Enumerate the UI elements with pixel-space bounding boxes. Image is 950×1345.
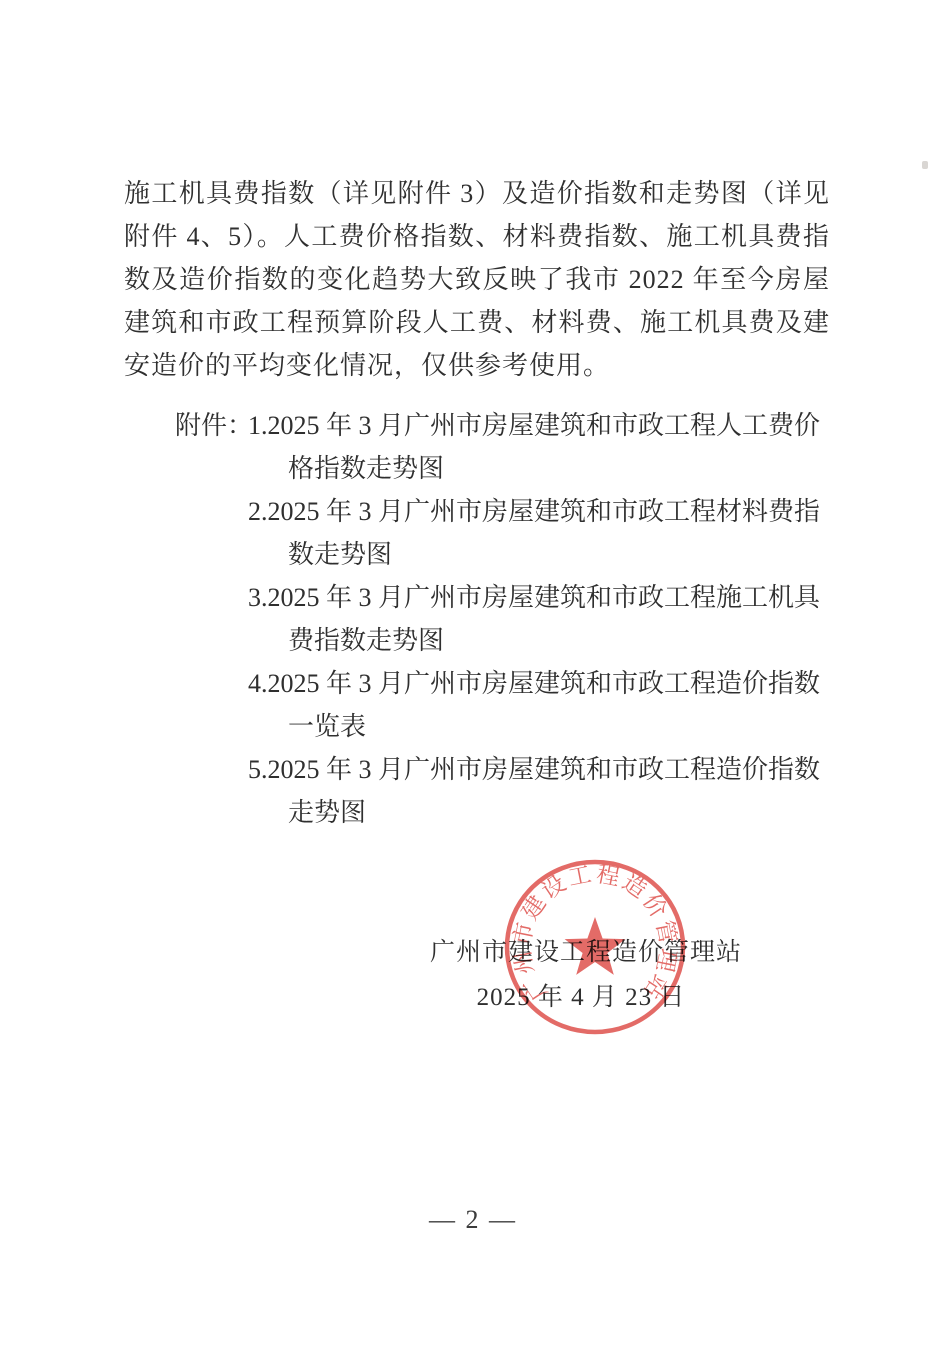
attachment-item: 4.2025 年 3 月广州市房屋建筑和市政工程造价指数 一览表 <box>248 662 820 748</box>
attachment-item-line: 2.2025 年 3 月广州市房屋建筑和市政工程材料费指 <box>248 490 820 533</box>
attachments-section: 附件： 1.2025 年 3 月广州市房屋建筑和市政工程人工费价 格指数走势图 … <box>175 404 820 834</box>
body-paragraph: 施工机具费指数（详见附件 3）及造价指数和走势图（详见附件 4、5）。人工费价格… <box>124 172 830 387</box>
attachment-item-line: 费指数走势图 <box>288 619 820 662</box>
attachment-item-line: 数走势图 <box>288 533 820 576</box>
attachment-item: 5.2025 年 3 月广州市房屋建筑和市政工程造价指数 走势图 <box>248 748 820 834</box>
attachment-item-line: 3.2025 年 3 月广州市房屋建筑和市政工程施工机具 <box>248 576 820 619</box>
attachment-item: 1.2025 年 3 月广州市房屋建筑和市政工程人工费价 格指数走势图 <box>248 404 820 490</box>
attachment-item-line: 4.2025 年 3 月广州市房屋建筑和市政工程造价指数 <box>248 662 820 705</box>
attachment-item-line: 5.2025 年 3 月广州市房屋建筑和市政工程造价指数 <box>248 748 820 791</box>
attachments-list: 1.2025 年 3 月广州市房屋建筑和市政工程人工费价 格指数走势图 2.20… <box>248 404 820 834</box>
document-page: 施工机具费指数（详见附件 3）及造价指数和走势图（详见附件 4、5）。人工费价格… <box>0 0 950 1345</box>
scan-artifact-speck <box>922 161 928 169</box>
attachment-item-line: 格指数走势图 <box>288 447 820 490</box>
attachment-item-line: 一览表 <box>288 705 820 748</box>
attachment-item: 2.2025 年 3 月广州市房屋建筑和市政工程材料费指 数走势图 <box>248 490 820 576</box>
attachment-item-line: 走势图 <box>288 791 820 834</box>
signature-issuer: 广州市建设工程造价管理站 <box>430 936 732 970</box>
signature-date: 2025 年 4 月 23 日 <box>430 981 732 1015</box>
page-number: — 2 — <box>0 1205 946 1235</box>
attachment-item-line: 1.2025 年 3 月广州市房屋建筑和市政工程人工费价 <box>248 404 820 447</box>
attachment-item: 3.2025 年 3 月广州市房屋建筑和市政工程施工机具 费指数走势图 <box>248 576 820 662</box>
attachments-label: 附件： <box>175 404 253 447</box>
